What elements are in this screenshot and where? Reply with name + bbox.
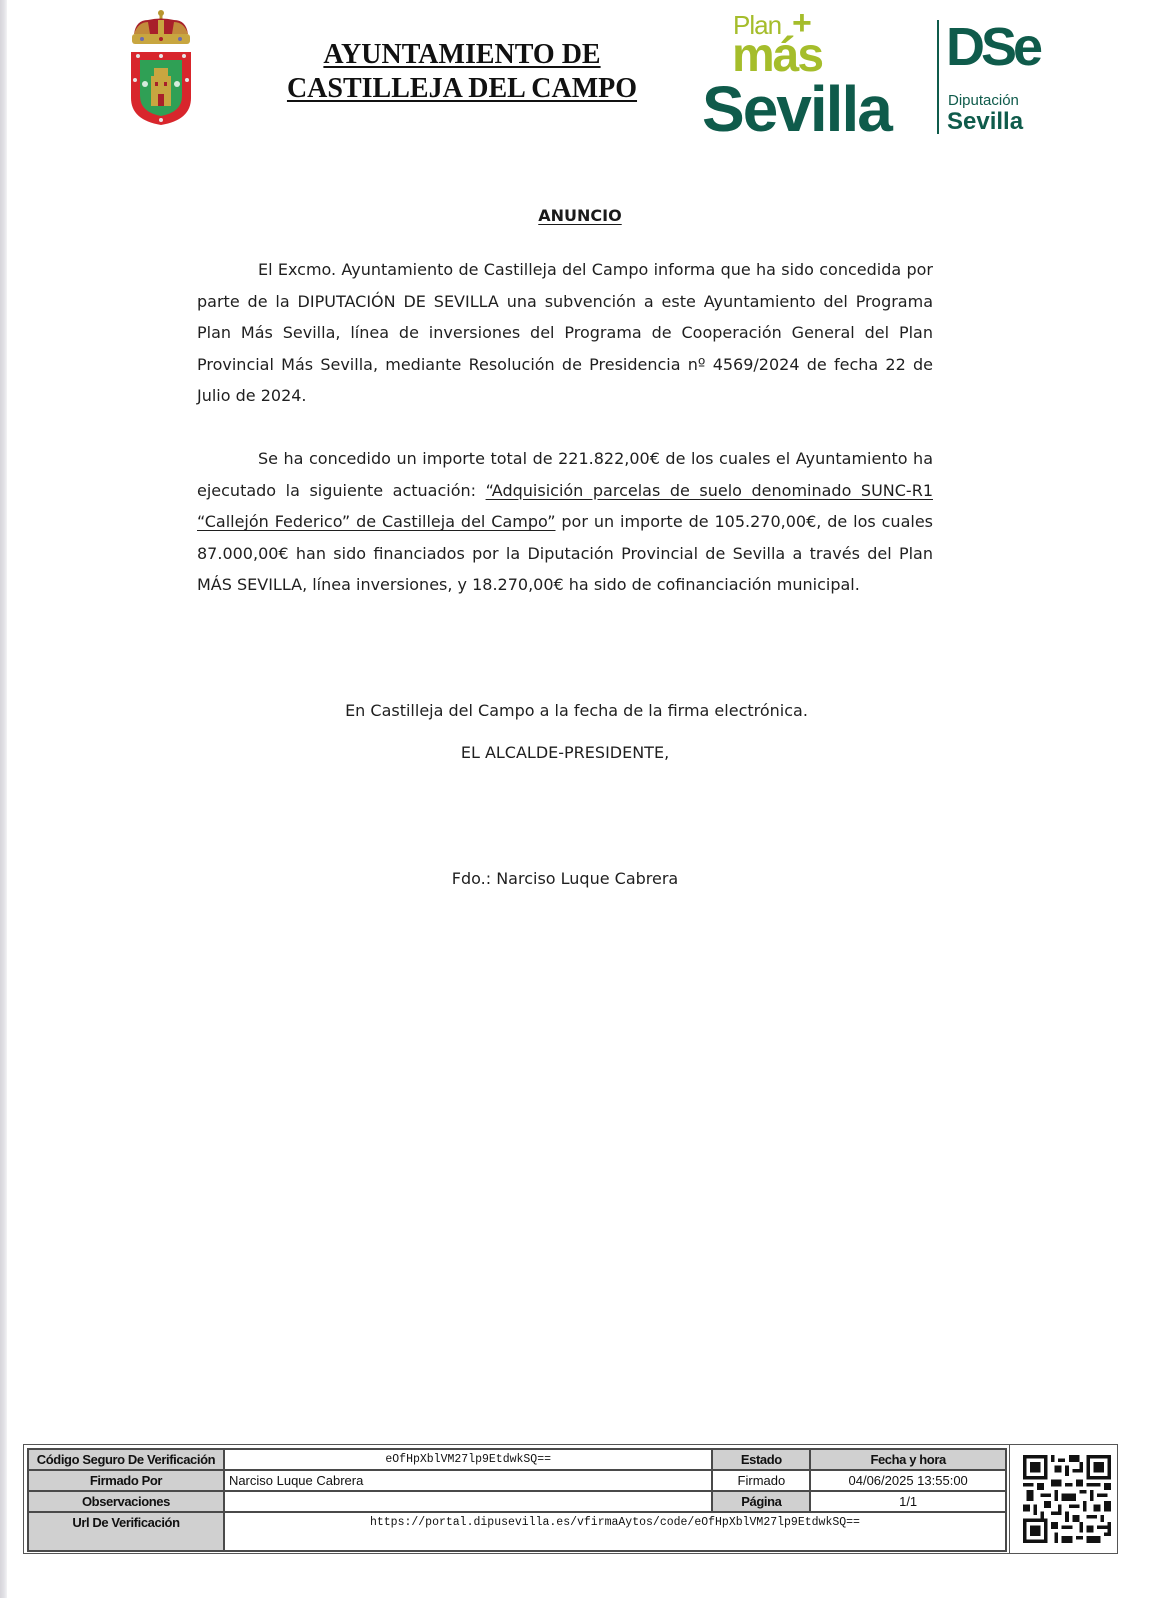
firmado-por-value: Narciso Luque Cabrera <box>224 1470 713 1491</box>
fecha-label: Fecha y hora <box>810 1449 1006 1470</box>
estado-label: Estado <box>712 1449 810 1470</box>
fecha-value: 04/06/2025 13:55:00 <box>810 1470 1006 1491</box>
diputacion-mark-icon: DSe <box>946 14 1039 80</box>
logo-diputacion-text: Diputación <box>948 92 1019 109</box>
paragraph-subsidy-info: El Excmo. Ayuntamiento de Castilleja del… <box>197 254 933 412</box>
verification-url[interactable]: https://portal.dipusevilla.es/vfirmaAyto… <box>224 1512 1006 1551</box>
signer-role: EL ALCALDE-PRESIDENTE, <box>0 743 1130 762</box>
qr-code-icon[interactable] <box>1023 1455 1111 1543</box>
page-edge-shadow <box>0 0 7 1598</box>
closing-line: En Castilleja del Campo a la fecha de la… <box>0 701 1153 720</box>
municipality-title-line2: CASTILLEJA DEL CAMPO <box>262 72 662 106</box>
url-label: Url De Verificación <box>28 1512 224 1551</box>
document-title: ANUNCIO <box>0 206 1153 225</box>
csv-label: Código Seguro De Verificación <box>28 1449 224 1470</box>
signature-line: Fdo.: Narciso Luque Cabrera <box>0 869 1130 888</box>
logo-divider <box>937 20 939 134</box>
verification-box: Código Seguro De Verificación eOfHpXblVM… <box>23 1444 1118 1554</box>
municipality-title-line1: AYUNTAMIENTO DE <box>262 38 662 72</box>
qr-code-container <box>1009 1445 1118 1553</box>
paragraph-amounts: Se ha concedido un importe total de 221.… <box>197 443 933 601</box>
logo-sevilla-text: Sevilla <box>702 74 891 144</box>
pagina-label: Página <box>712 1491 810 1512</box>
estado-value: Firmado <box>712 1470 810 1491</box>
csv-value: eOfHpXblVM27lp9EtdwkSQ== <box>224 1449 713 1470</box>
observaciones-value <box>224 1491 713 1512</box>
logo-sevilla-small-text: Sevilla <box>947 108 1023 136</box>
plan-mas-sevilla-logo: Plan + más Sevilla <box>700 8 940 138</box>
municipality-title: AYUNTAMIENTO DE CASTILLEJA DEL CAMPO <box>262 38 662 106</box>
firmado-por-label: Firmado Por <box>28 1470 224 1491</box>
verification-table: Código Seguro De Verificación eOfHpXblVM… <box>27 1448 1007 1552</box>
diputacion-sevilla-logo: DSe Diputación Sevilla <box>946 14 1046 138</box>
observaciones-label: Observaciones <box>28 1491 224 1512</box>
coat-of-arms-icon <box>128 8 194 128</box>
pagina-value: 1/1 <box>810 1491 1006 1512</box>
